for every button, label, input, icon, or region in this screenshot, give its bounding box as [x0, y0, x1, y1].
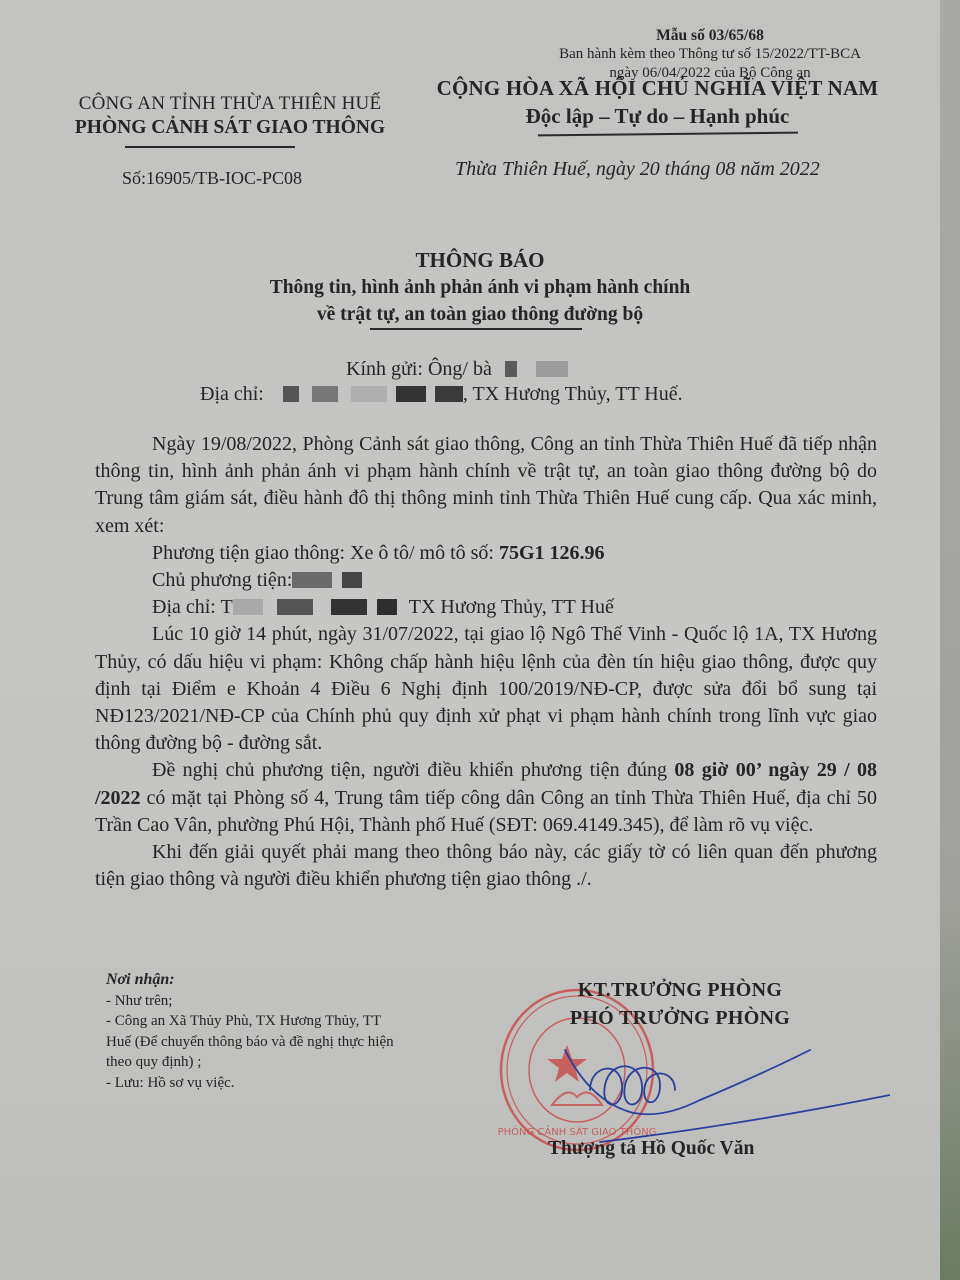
notice-subtitle-1: Thông tin, hình ảnh phản ánh vi phạm hàn…: [200, 274, 760, 301]
signature-block: KT.TRƯỞNG PHÒNG PHÓ TRƯỞNG PHÒNG: [510, 976, 850, 1032]
notice-title-block: THÔNG BÁO Thông tin, hình ảnh phản ánh v…: [200, 246, 760, 328]
notice-subtitle-2: về trật tự, an toàn giao thông đường bộ: [200, 301, 760, 328]
redacted-owner-address-block: [331, 599, 367, 615]
signer-name: Thượng tá Hồ Quốc Văn: [548, 1138, 754, 1160]
body-request: Đề nghị chủ phương tiện, người điều khiể…: [95, 757, 877, 839]
addressee-address: Địa chỉ: , TX Hương Thủy, TT Huế.: [200, 383, 683, 406]
vehicle-plate: 75G1 126.96: [499, 542, 605, 564]
owner-label: Chủ phương tiện:: [152, 569, 292, 591]
place-date: Thừa Thiên Huế, ngày 20 tháng 08 năm 202…: [455, 158, 820, 181]
redacted-name-block: [536, 361, 568, 377]
title-underline: [370, 328, 582, 330]
owner-address-label: Địa chỉ: T: [152, 596, 233, 618]
redacted-owner-address-block: [377, 599, 397, 615]
vehicle-label: Phương tiện giao thông: Xe ô tô/ mô tô s…: [152, 542, 499, 564]
owner-address-line: Địa chỉ: TTX Hương Thủy, TT Huế: [95, 594, 877, 621]
issuer-underline: [125, 146, 295, 148]
body-violation: Lúc 10 giờ 14 phút, ngày 31/07/2022, tại…: [95, 621, 877, 757]
nation-motto: Độc lập – Tự do – Hạnh phúc: [425, 102, 890, 130]
signer-role-2: PHÓ TRƯỞNG PHÒNG: [510, 1004, 850, 1032]
redacted-owner-block: [292, 572, 332, 588]
national-header: CỘNG HÒA XÃ HỘI CHỦ NGHĨA VIỆT NAM Độc l…: [425, 74, 890, 130]
body-closing: Khi đến giải quyết phải mang theo thông …: [95, 839, 877, 893]
issuer-department: PHÒNG CẢNH SÁT GIAO THÔNG: [40, 116, 420, 140]
recipients-heading: Nơi nhận:: [106, 970, 394, 991]
redacted-address-block: [351, 386, 387, 402]
redacted-address-block: [396, 386, 426, 402]
redacted-address-block: [312, 386, 338, 402]
body-intro: Ngày 19/08/2022, Phòng Cảnh sát giao thô…: [95, 431, 877, 540]
redacted-owner-address-block: [277, 599, 313, 615]
redacted-address-block: [283, 386, 299, 402]
reference-number: Số:16905/TB-IOC-PC08: [122, 168, 302, 189]
address-suffix: , TX Hương Thủy, TT Huế.: [463, 383, 683, 405]
notice-title: THÔNG BÁO: [200, 246, 760, 274]
recipient-item: theo quy định) ;: [106, 1052, 394, 1073]
form-issued-with: Ban hành kèm theo Thông tư số 15/2022/TT…: [540, 45, 880, 64]
redacted-owner-address-block: [233, 599, 263, 615]
redacted-name-block: [505, 361, 517, 377]
request-prefix: Đề nghị chủ phương tiện, người điều khiể…: [152, 759, 674, 781]
owner-address-suffix: TX Hương Thủy, TT Huế: [409, 596, 614, 618]
form-number: Mẫu số 03/65/68: [540, 26, 880, 45]
vehicle-line: Phương tiện giao thông: Xe ô tô/ mô tô s…: [95, 540, 877, 567]
page-edge-background: [940, 0, 960, 1280]
issuer-agency: CÔNG AN TỈNH THỪA THIÊN HUẾ: [40, 92, 420, 116]
addressee-greeting: Kính gửi: Ông/ bà: [346, 358, 568, 381]
notice-body: Ngày 19/08/2022, Phòng Cảnh sát giao thô…: [95, 431, 877, 893]
owner-line: Chủ phương tiện:: [95, 567, 877, 594]
recipient-item: - Lưu: Hồ sơ vụ việc.: [106, 1073, 394, 1094]
address-label: Địa chỉ:: [200, 383, 264, 405]
recipient-item: - Công an Xã Thủy Phù, TX Hương Thủy, TT: [106, 1011, 394, 1032]
recipient-item: Huế (Để chuyển thông báo và đề nghị thực…: [106, 1032, 394, 1053]
redacted-owner-block: [342, 572, 362, 588]
redacted-address-block: [435, 386, 463, 402]
nation-name: CỘNG HÒA XÃ HỘI CHỦ NGHĨA VIỆT NAM: [425, 74, 890, 102]
signer-role-1: KT.TRƯỞNG PHÒNG: [510, 976, 850, 1004]
request-suffix: có mặt tại Phòng số 4, Trung tâm tiếp cô…: [95, 787, 877, 836]
recipients-block: Nơi nhận: - Như trên; - Công an Xã Thủy …: [106, 970, 394, 1093]
greeting-label: Kính gửi: Ông/ bà: [346, 358, 492, 380]
issuer-block: CÔNG AN TỈNH THỪA THIÊN HUẾ PHÒNG CẢNH S…: [40, 92, 420, 140]
recipient-item: - Như trên;: [106, 991, 394, 1012]
